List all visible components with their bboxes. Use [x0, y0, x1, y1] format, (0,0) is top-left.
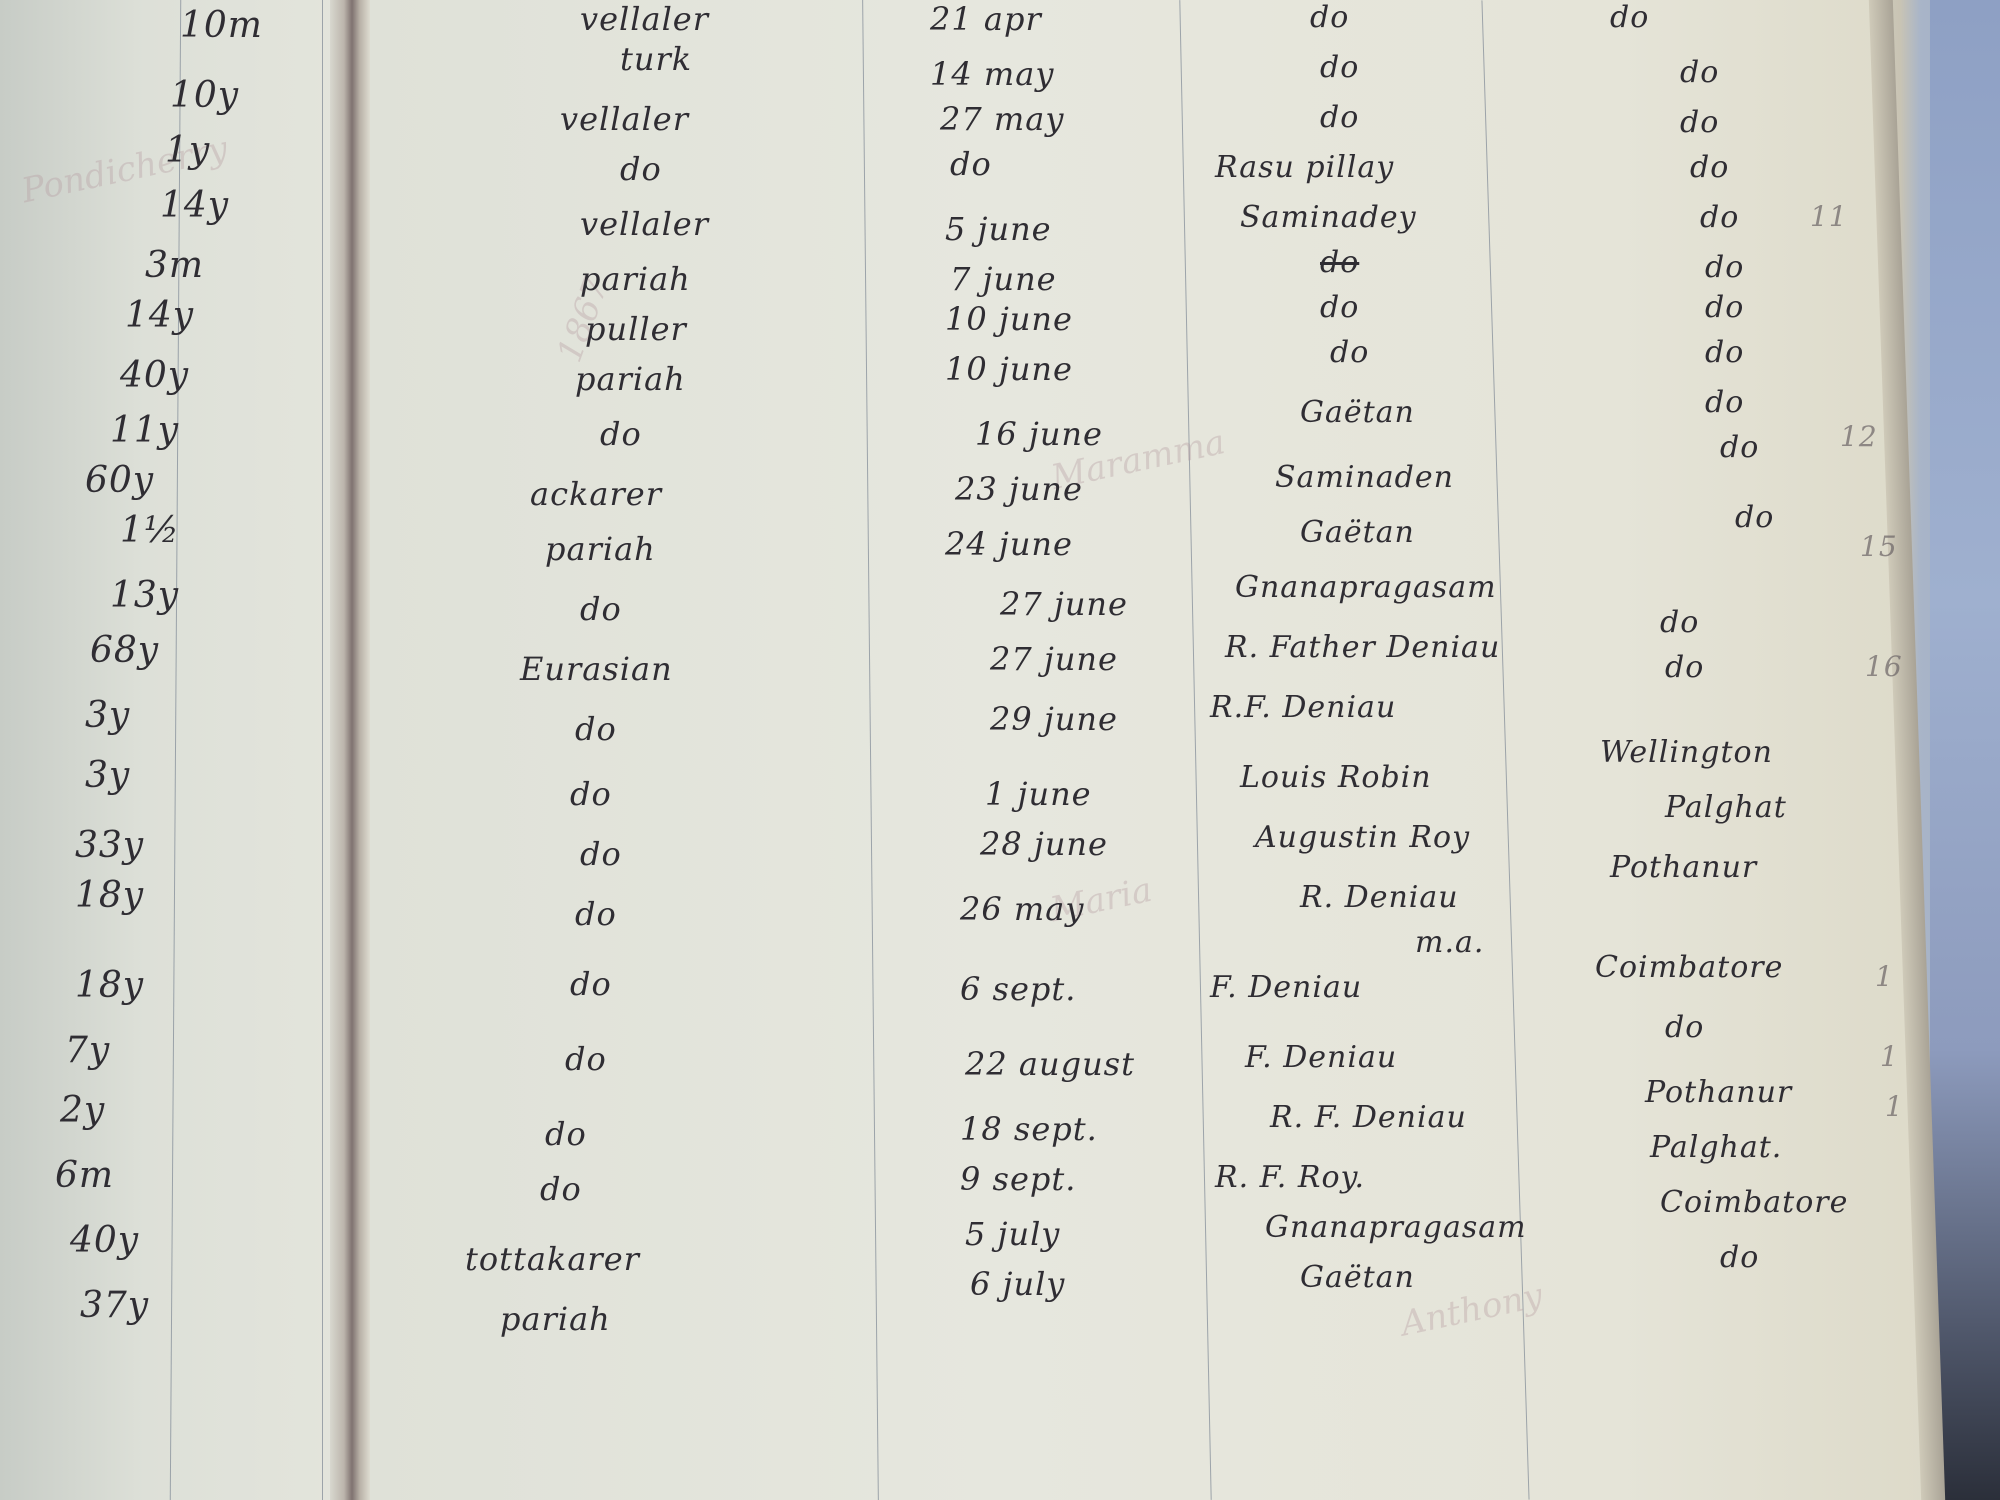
officiant-cell: Louis Robin — [1240, 760, 1432, 795]
officiant-note: m.a. — [1415, 925, 1484, 960]
date-cell: 5 june — [945, 210, 1052, 248]
age-cell: 11y — [110, 410, 179, 451]
age-cell: 10m — [180, 5, 263, 46]
age-cell: 33y — [75, 825, 144, 866]
officiant-cell: R. Deniau — [1300, 880, 1459, 915]
place-cell: do — [1720, 1240, 1759, 1275]
officiant-cell: F. Deniau — [1210, 970, 1362, 1005]
place-cell: do — [1705, 385, 1744, 420]
date-cell: 1 june — [985, 775, 1092, 813]
caste-cell: ackarer — [530, 475, 662, 513]
caste-cell: Eurasian — [520, 650, 673, 688]
date-cell: 14 may — [930, 55, 1054, 93]
officiant-cell: R.F. Deniau — [1210, 690, 1396, 725]
place-cell: do — [1680, 55, 1719, 90]
age-cell: 3m — [145, 245, 204, 286]
age-cell: 3y — [85, 755, 130, 796]
age-cell: 60y — [85, 460, 154, 501]
date-cell: 18 sept. — [960, 1110, 1098, 1148]
caste-cell: tottakarer — [465, 1240, 640, 1278]
margin-note: 1 — [1880, 1040, 1899, 1073]
caste-cell: vellaler — [560, 100, 689, 138]
age-cell: 40y — [70, 1220, 139, 1261]
officiant-cell: do — [1320, 290, 1359, 325]
caste-cell: do — [575, 895, 617, 933]
caste-cell: puller — [585, 310, 687, 348]
date-cell: 10 june — [945, 300, 1073, 338]
margin-note: 15 — [1860, 530, 1898, 563]
place-cell: do — [1690, 150, 1729, 185]
officiant-cell: Gaëtan — [1300, 515, 1415, 550]
caste-cell: do — [580, 590, 622, 628]
date-cell: 10 june — [945, 350, 1073, 388]
date-cell: 27 june — [990, 640, 1118, 678]
officiant-cell: Rasu pillay — [1215, 150, 1394, 185]
officiant-cell: Gaëtan — [1300, 395, 1415, 430]
age-cell: 14y — [125, 295, 194, 336]
place-cell: Palghat — [1665, 790, 1787, 825]
caste-cell: do — [570, 965, 612, 1003]
date-cell: 9 sept. — [960, 1160, 1076, 1198]
caste-cell: pariah — [580, 260, 691, 298]
margin-note: 11 — [1810, 200, 1848, 233]
margin-note: 16 — [1865, 650, 1903, 683]
place-cell: do — [1665, 650, 1704, 685]
officiant-cell: Gnanapragasam — [1265, 1210, 1527, 1245]
age-cell: 2y — [60, 1090, 105, 1131]
caste-cell: turk — [620, 40, 692, 78]
age-cell: 10y — [170, 75, 239, 116]
place-cell: Wellington — [1600, 735, 1773, 770]
caste-cell: do — [575, 710, 617, 748]
caste-cell: vellaler — [580, 0, 709, 38]
margin-note: 1 — [1875, 960, 1894, 993]
date-cell: 26 may — [960, 890, 1084, 928]
age-cell: 3y — [85, 695, 130, 736]
place-cell: do — [1680, 105, 1719, 140]
caste-cell: do — [540, 1170, 582, 1208]
date-cell: 24 june — [945, 525, 1073, 563]
age-cell: 40y — [120, 355, 189, 396]
place-cell: do — [1665, 1010, 1704, 1045]
age-cell: 13y — [110, 575, 179, 616]
age-cell: 1½ — [120, 510, 180, 551]
caste-cell: do — [570, 775, 612, 813]
caste-cell: pariah — [545, 530, 656, 568]
place-cell: do — [1705, 250, 1744, 285]
age-cell: 6m — [55, 1155, 114, 1196]
caste-cell: do — [580, 835, 622, 873]
officiant-cell: do — [1320, 100, 1359, 135]
caste-cell: do — [565, 1040, 607, 1078]
officiant-cell: do — [1320, 245, 1359, 280]
date-cell: 29 june — [990, 700, 1118, 738]
place-cell: do — [1705, 290, 1744, 325]
place-cell: Coimbatore — [1595, 950, 1783, 985]
caste-cell: pariah — [500, 1300, 611, 1338]
officiant-cell: Gaëtan — [1300, 1260, 1415, 1295]
place-cell: Pothanur — [1610, 850, 1757, 885]
age-cell: 18y — [75, 875, 144, 916]
date-cell: 27 may — [940, 100, 1064, 138]
place-cell: Palghat. — [1650, 1130, 1782, 1165]
officiant-cell: Saminadey — [1240, 200, 1417, 235]
officiant-cell: do — [1310, 0, 1349, 35]
date-cell: 28 june — [980, 825, 1108, 863]
officiant-cell: Gnanapragasam — [1235, 570, 1497, 605]
officiant-cell: F. Deniau — [1245, 1040, 1397, 1075]
table-surface — [1930, 0, 2000, 1500]
officiant-cell: Saminaden — [1275, 460, 1454, 495]
date-cell: 23 june — [955, 470, 1083, 508]
age-cell: 37y — [80, 1285, 149, 1326]
date-cell: 5 july — [965, 1215, 1060, 1253]
caste-cell: pariah — [575, 360, 686, 398]
place-cell: do — [1720, 430, 1759, 465]
age-cell: 18y — [75, 965, 144, 1006]
place-cell: do — [1735, 500, 1774, 535]
officiant-cell: R. F. Deniau — [1270, 1100, 1467, 1135]
margin-note: 1 — [1885, 1090, 1904, 1123]
date-cell: 21 apr — [930, 0, 1042, 38]
date-cell: 27 june — [1000, 585, 1128, 623]
date-cell: 6 july — [970, 1265, 1065, 1303]
age-cell: 14y — [160, 185, 229, 226]
place-cell: Coimbatore — [1660, 1185, 1848, 1220]
officiant-cell: do — [1320, 50, 1359, 85]
place-cell: do — [1660, 605, 1699, 640]
officiant-cell: R. Father Deniau — [1225, 630, 1500, 665]
place-cell: do — [1610, 0, 1649, 35]
date-cell: 16 june — [975, 415, 1103, 453]
column-rule — [322, 0, 323, 1500]
book-gutter — [330, 0, 370, 1500]
caste-cell: do — [545, 1115, 587, 1153]
date-cell: 22 august — [965, 1045, 1135, 1083]
age-cell: 68y — [90, 630, 159, 671]
caste-cell: do — [620, 150, 662, 188]
place-cell: Pothanur — [1645, 1075, 1792, 1110]
date-cell: 6 sept. — [960, 970, 1076, 1008]
officiant-cell: Augustin Roy — [1255, 820, 1470, 855]
date-cell: do — [950, 145, 992, 183]
age-cell: 7y — [65, 1030, 110, 1071]
officiant-cell: R. F. Roy. — [1215, 1160, 1365, 1195]
date-cell: 7 june — [950, 260, 1057, 298]
officiant-cell: do — [1330, 335, 1369, 370]
caste-cell: vellaler — [580, 205, 709, 243]
place-cell: do — [1705, 335, 1744, 370]
margin-note: 12 — [1840, 420, 1878, 453]
place-cell: do — [1700, 200, 1739, 235]
caste-cell: do — [600, 415, 642, 453]
age-cell: 1y — [165, 130, 210, 171]
